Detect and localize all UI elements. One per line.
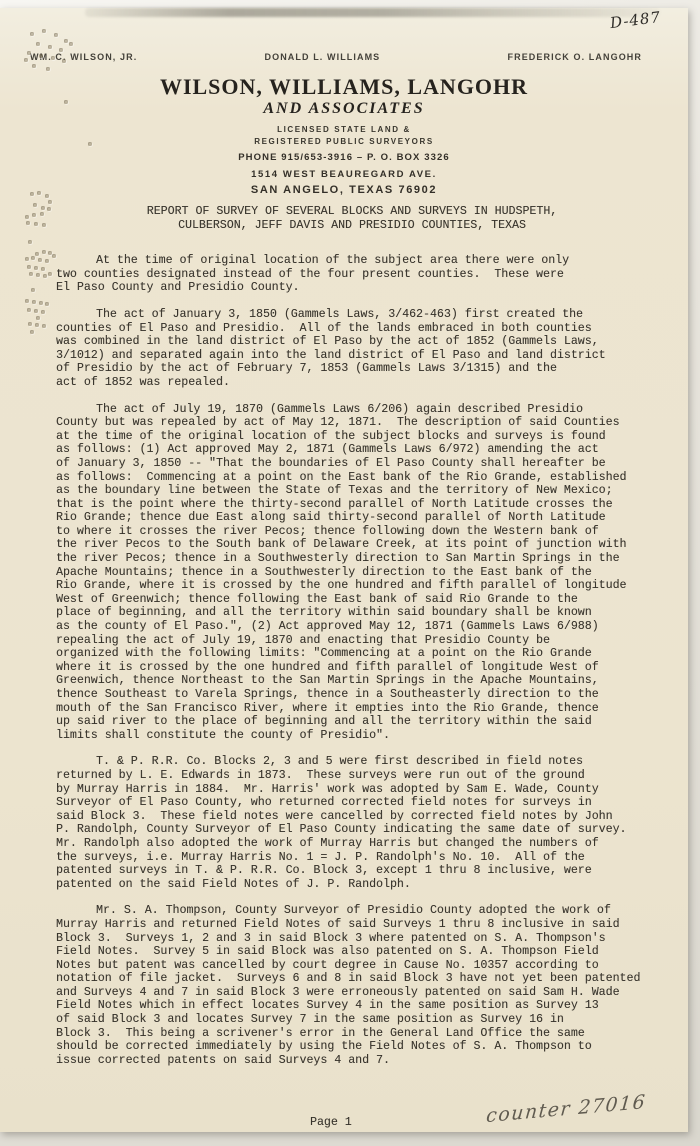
emboss-dot (47, 207, 51, 211)
emboss-dot (25, 215, 29, 219)
firm-name: WILSON, WILLIAMS, LANGOHR (0, 74, 688, 100)
text-line: Field Notes which in effect locates Surv… (56, 999, 648, 1013)
emboss-dot (48, 272, 52, 276)
emboss-dot (54, 33, 58, 37)
street-address: 1514 WEST BEAUREGARD AVE. (0, 169, 688, 180)
text-line: T. & P. R.R. Co. Blocks 2, 3 and 5 were … (56, 755, 648, 769)
emboss-dot (88, 142, 92, 146)
partner-name-williams: DONALD L. WILLIAMS (265, 52, 381, 62)
text-line: counties of El Paso and Presidio. All of… (56, 322, 648, 336)
emboss-dot (45, 259, 49, 263)
text-line: the river Pecos to the South bank of Del… (56, 538, 648, 552)
paragraph: The act of July 19, 1870 (Gammels Laws 6… (56, 403, 648, 743)
text-line: thence Southeast to Varela Springs, then… (56, 688, 648, 702)
text-line: of Presidio by the act of February 7, 18… (56, 362, 648, 376)
text-line: was combined in the land district of El … (56, 335, 648, 349)
emboss-dot (24, 58, 28, 62)
text-line: the river Pecos; thence in a Southwester… (56, 552, 648, 566)
title-line: CULBERSON, JEFF DAVIS AND PRESIDIO COUNT… (56, 219, 648, 233)
text-line: that is the point where the thirty-secon… (56, 498, 648, 512)
emboss-dot (34, 309, 38, 313)
emboss-dot (52, 254, 56, 258)
paragraph: The act of January 3, 1850 (Gammels Laws… (56, 308, 648, 390)
text-line: where it is crossed by the one hundred a… (56, 661, 648, 675)
text-line: patented on the said Field Notes of J. P… (56, 878, 648, 892)
emboss-dot (51, 56, 55, 60)
text-line: County but was repealed by act of May 12… (56, 416, 648, 430)
text-line: The act of July 19, 1870 (Gammels Laws 6… (56, 403, 648, 417)
text-line: Field Notes. Survey 5 in said Block was … (56, 945, 648, 959)
emboss-dot (42, 324, 46, 328)
text-line: Block 3. Surveys 1, 2 and 3 in said Bloc… (56, 932, 648, 946)
emboss-dot (31, 256, 35, 260)
emboss-dot (48, 251, 52, 255)
emboss-dot (41, 267, 45, 271)
emboss-dot (59, 48, 63, 52)
letterhead-partners: WM. C. WILSON, JR. DONALD L. WILLIAMS FR… (30, 52, 642, 62)
text-line: 3/1012) and separated again into the lan… (56, 349, 648, 363)
document-page: D-487 WM. C. WILSON, JR. DONALD L. WILLI… (0, 8, 688, 1132)
text-line: as follows: Commencing at a point on the… (56, 471, 648, 485)
text-line: Surveyor of El Paso County, who returned… (56, 796, 648, 810)
document-title: REPORT OF SURVEY OF SEVERAL BLOCKS AND S… (56, 205, 648, 232)
emboss-dot (38, 258, 42, 262)
emboss-dot (45, 194, 49, 198)
text-line: of January 3, 1850 -- "That the boundari… (56, 457, 648, 471)
text-line: P. Randolph, County Surveyor of El Paso … (56, 823, 648, 837)
text-line: place of beginning, and all the territor… (56, 606, 648, 620)
text-line: The act of January 3, 1850 (Gammels Laws… (56, 308, 648, 322)
emboss-dot (31, 288, 35, 292)
text-line: said Block 3. These field notes were can… (56, 810, 648, 824)
text-line: Rio Grande; thence due East along said t… (56, 511, 648, 525)
text-line: notation of file jacket. Surveys 6 and 8… (56, 972, 648, 986)
letterhead: WILSON, WILLIAMS, LANGOHR AND ASSOCIATES… (0, 74, 688, 196)
text-line: West of Greenwich; thence following the … (56, 593, 648, 607)
title-line: REPORT OF SURVEY OF SEVERAL BLOCKS AND S… (56, 205, 648, 219)
text-line: Rio Grande, where it is crossed by the o… (56, 579, 648, 593)
paragraph: Mr. S. A. Thompson, County Surveyor of P… (56, 904, 648, 1067)
text-line: Mr. S. A. Thompson, County Surveyor of P… (56, 904, 648, 918)
text-line: mouth of the San Francisco River, where … (56, 702, 648, 716)
text-line: organized with the following limits: "Co… (56, 647, 648, 661)
text-line: Mr. Randolph also adopted the work of Mu… (56, 837, 648, 851)
emboss-dot (40, 212, 44, 216)
page-number: Page 1 (310, 1116, 352, 1129)
partner-name-langohr: FREDERICK O. LANGOHR (508, 52, 643, 62)
phone-pobox-line: PHONE 915/653-3916 – P. O. BOX 3326 (0, 152, 688, 163)
emboss-dot (35, 323, 39, 327)
emboss-dot (43, 274, 47, 278)
handwritten-counter-note: counter 27016 (485, 1091, 647, 1127)
emboss-dot (39, 301, 43, 305)
emboss-dot (36, 42, 40, 46)
document-body: REPORT OF SURVEY OF SEVERAL BLOCKS AND S… (56, 205, 648, 1080)
text-line: patented surveys in T. & P. R.R. Co. Blo… (56, 864, 648, 878)
emboss-dot (27, 51, 31, 55)
text-line: the surveys, i.e. Murray Harris No. 1 = … (56, 851, 648, 865)
text-line: returned by L. E. Edwards in 1873. These… (56, 769, 648, 783)
emboss-dot (35, 252, 39, 256)
text-line: and Surveys 4 and 7 in said Block 3 were… (56, 986, 648, 1000)
emboss-dot (41, 310, 45, 314)
emboss-dot (34, 266, 38, 270)
emboss-dot (42, 223, 46, 227)
emboss-dot (48, 45, 52, 49)
text-line: at the time of the original location of … (56, 430, 648, 444)
text-line: to where it crosses the river Pecos; the… (56, 525, 648, 539)
text-line: act of 1852 was repealed. (56, 376, 648, 390)
emboss-dot (30, 32, 34, 36)
text-line: Notes but patent was cancelled by court … (56, 959, 648, 973)
credentials-line: LICENSED STATE LAND & (0, 125, 688, 134)
emboss-dot (33, 203, 37, 207)
emboss-dot (32, 64, 36, 68)
paragraph: At the time of original location of the … (56, 254, 648, 295)
emboss-dot (42, 250, 46, 254)
emboss-dot (48, 200, 52, 204)
emboss-dot (28, 322, 32, 326)
emboss-dot (36, 316, 40, 320)
text-line: as the boundary line between the State o… (56, 484, 648, 498)
text-line: two counties designated instead of the f… (56, 268, 648, 282)
emboss-dot (41, 206, 45, 210)
partner-name-wilson: WM. C. WILSON, JR. (30, 52, 137, 62)
emboss-dot (25, 257, 29, 261)
scan-smudge (85, 8, 660, 17)
text-line: Greenwich, thence Northeast to the San M… (56, 674, 648, 688)
emboss-dot (27, 308, 31, 312)
text-line: as follows: (1) Act approved May 2, 1871… (56, 443, 648, 457)
emboss-dot (69, 42, 73, 46)
text-line: up said river to the place of beginning … (56, 715, 648, 729)
emboss-dot (26, 221, 30, 225)
emboss-dot (39, 54, 43, 58)
emboss-dot (36, 273, 40, 277)
text-line: issue corrected patents on said Surveys … (56, 1054, 648, 1068)
emboss-dot (30, 192, 34, 196)
emboss-dot (64, 100, 68, 104)
text-line: Block 3. This being a scrivener's error … (56, 1027, 648, 1041)
text-line: Murray Harris and returned Field Notes o… (56, 918, 648, 932)
emboss-dot (62, 59, 66, 63)
emboss-dot (27, 265, 31, 269)
emboss-dot (45, 302, 49, 306)
emboss-dot (37, 191, 41, 195)
emboss-dot (30, 330, 34, 334)
text-line: Apache Mountains; thence in a Southweste… (56, 566, 648, 580)
text-line: of said Block 3 and locates Survey 7 in … (56, 1013, 648, 1027)
text-line: At the time of original location of the … (56, 254, 648, 268)
credentials-line: REGISTERED PUBLIC SURVEYORS (0, 137, 688, 146)
emboss-dot (25, 299, 29, 303)
text-line: as the county of El Paso.", (2) Act appr… (56, 620, 648, 634)
text-line: El Paso County and Presidio County. (56, 281, 648, 295)
text-line: should be corrected immediately by using… (56, 1040, 648, 1054)
emboss-dot (42, 29, 46, 33)
emboss-dot (64, 39, 68, 43)
emboss-dot (32, 300, 36, 304)
city-state-zip: SAN ANGELO, TEXAS 76902 (0, 184, 688, 196)
text-line: limits shall constitute the county of Pr… (56, 729, 648, 743)
firm-subtitle: AND ASSOCIATES (0, 100, 688, 118)
text-line: by Murray Harris in 1884. Mr. Harris' wo… (56, 783, 648, 797)
emboss-dot (46, 67, 50, 71)
emboss-dot (28, 240, 32, 244)
emboss-dot (32, 213, 36, 217)
emboss-dot (34, 222, 38, 226)
emboss-dot (29, 272, 33, 276)
paragraphs-container: At the time of original location of the … (56, 254, 648, 1067)
paragraph: T. & P. R.R. Co. Blocks 2, 3 and 5 were … (56, 755, 648, 891)
text-line: repealing the act of July 19, 1870 and e… (56, 634, 648, 648)
